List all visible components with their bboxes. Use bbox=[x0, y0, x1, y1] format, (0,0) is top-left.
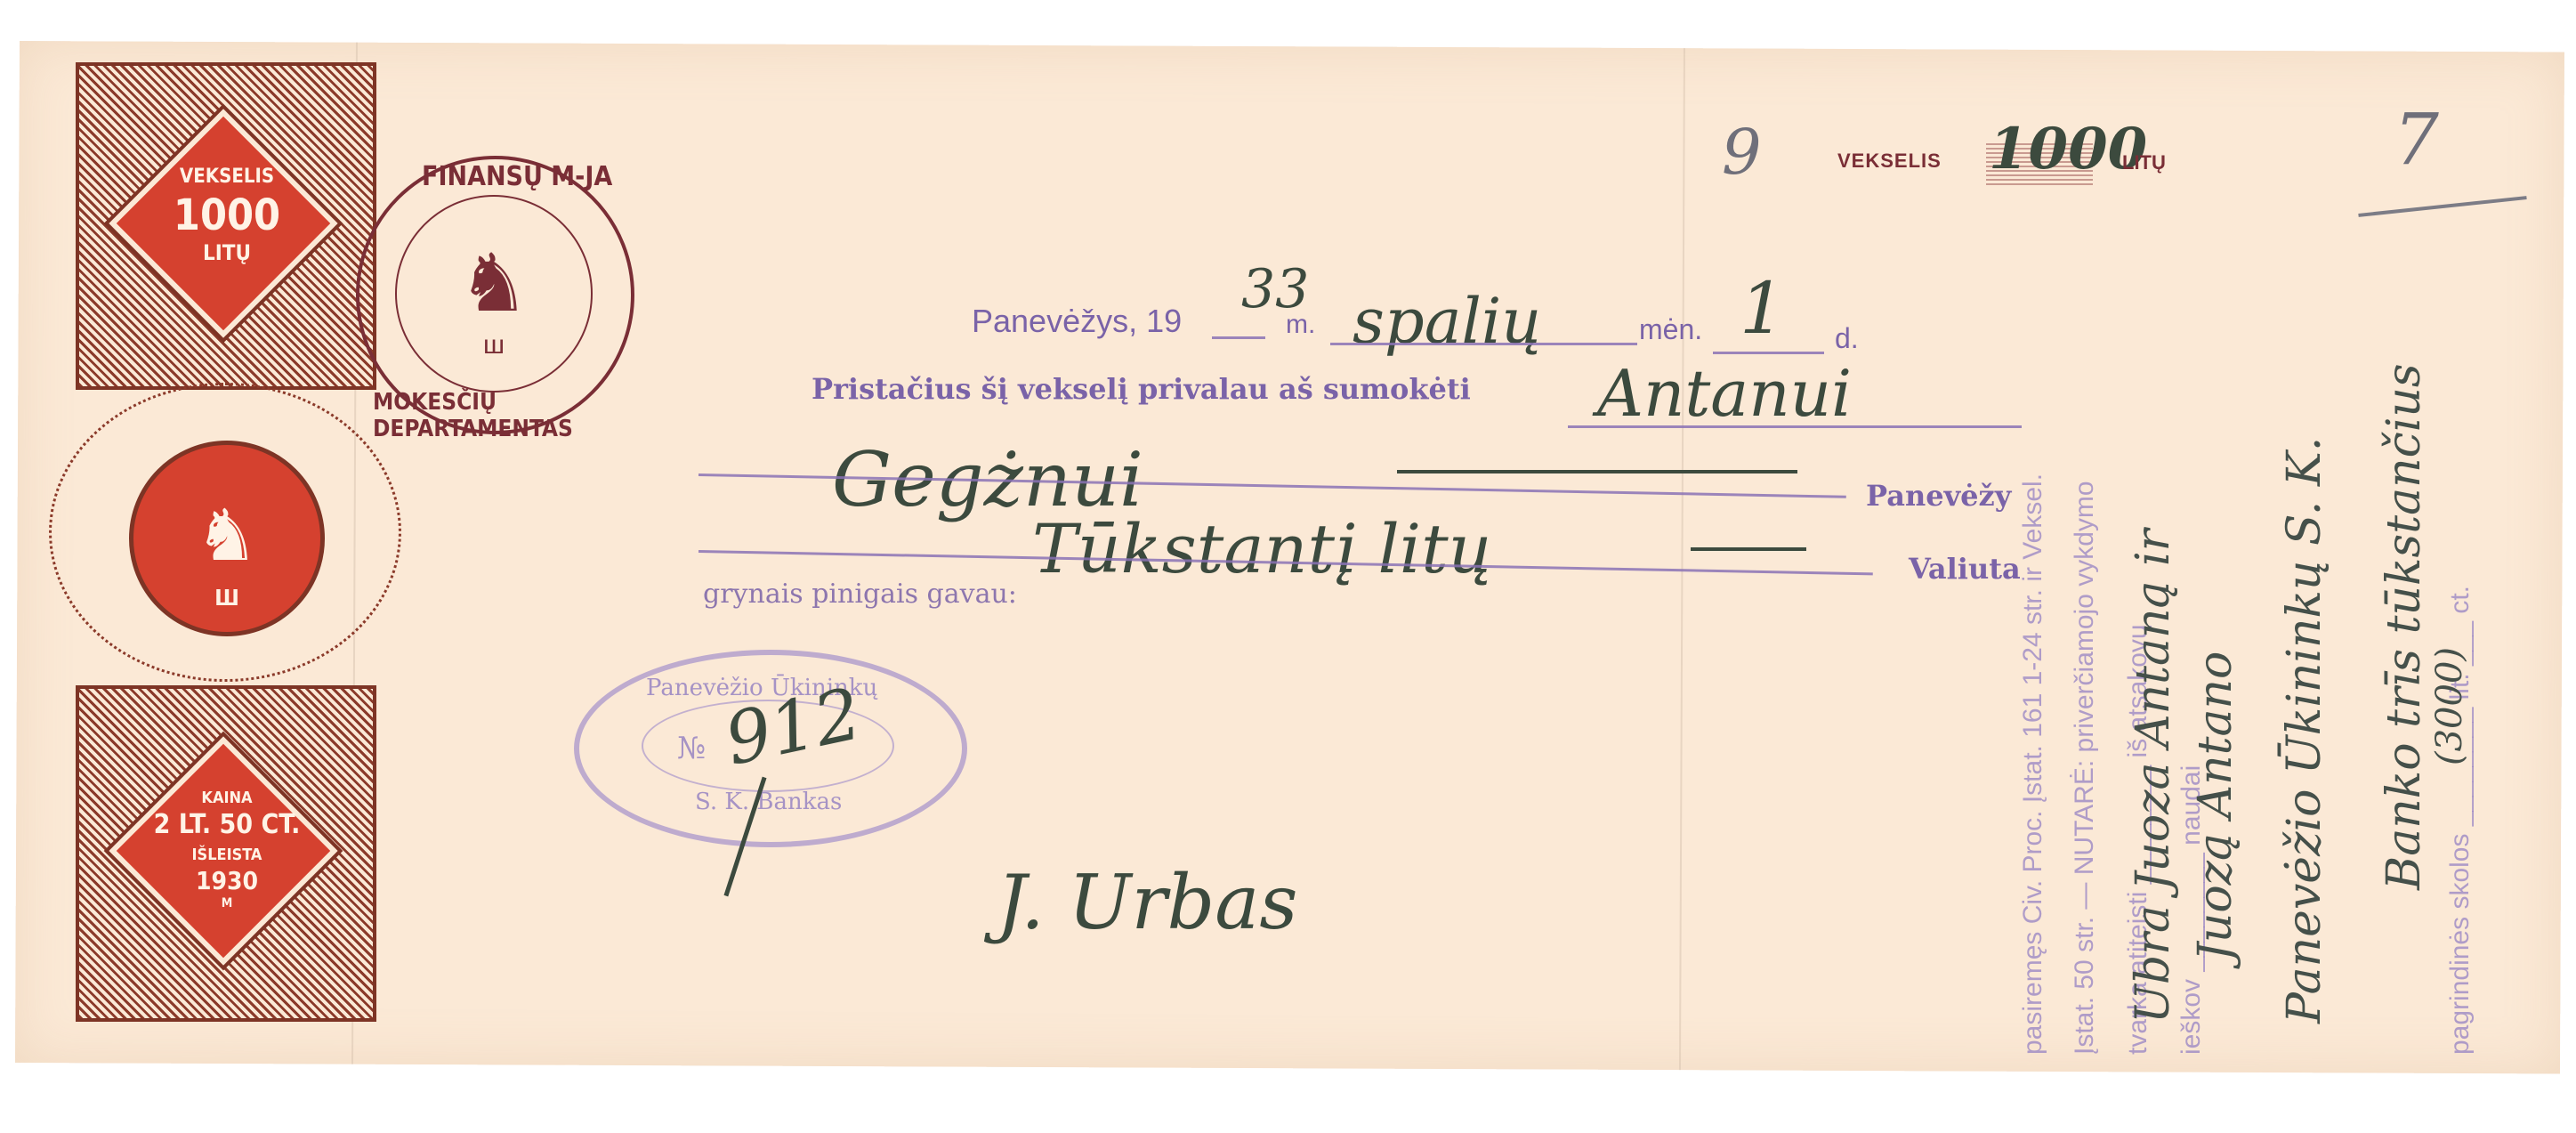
court-note-line-1: pasiremęs Civ. Proc. Įstat. 161 1-24 str… bbox=[2018, 473, 2048, 1055]
year-rule bbox=[1212, 336, 1265, 339]
amount-in-words: Tūkstantį litų bbox=[1032, 509, 1492, 588]
received-cash-text: grynais pinigais gavau: bbox=[703, 579, 1017, 610]
signature: J. Urbas bbox=[997, 859, 1297, 946]
header-currency: LITŲ bbox=[2122, 151, 2166, 174]
year-suffix: m. bbox=[1286, 310, 1315, 340]
stamp-currency: LITŲ bbox=[142, 242, 311, 263]
court-handwritten-line-5: (3000) bbox=[2429, 647, 2470, 765]
stamp-issued-year: 1930 bbox=[142, 869, 311, 894]
payee-rule bbox=[1568, 425, 2022, 428]
paper-fold-line bbox=[1679, 48, 1685, 1070]
court-handwritten-line-4: Banko trīs tūkstančius bbox=[2378, 363, 2431, 890]
header-label-vekselis: VEKSELIS bbox=[1837, 150, 1942, 173]
stamp-price-label: KAINA bbox=[142, 790, 311, 806]
ink-strike-line bbox=[1691, 547, 1806, 551]
currency-label: Valiuta bbox=[1909, 552, 2021, 586]
finance-ministry-seal: ♞ ш FINANSŲ M-JA MOKESČIŲ DEPARTAMENTAS bbox=[356, 156, 634, 434]
court-note-line-2: Įstat. 50 str. — NUTARĖ: priverčiamojo v… bbox=[2070, 481, 2100, 1055]
knight-icon: ♞ bbox=[397, 237, 591, 330]
ink-strike-line bbox=[1397, 470, 1797, 473]
place-printed: Panevėžys, 19 bbox=[972, 303, 1182, 340]
stamp-price: 2 LT. 50 CT. bbox=[133, 812, 320, 838]
stamp-issued-suffix: M bbox=[142, 897, 311, 910]
stamp-label-vekselis: VEKSELIS bbox=[142, 167, 311, 187]
gediminas-columns-icon: ш bbox=[397, 330, 591, 360]
court-handwritten-line-2: Juozą Antano bbox=[2189, 651, 2242, 961]
revenue-stamp-strip: VEKSELIS 1000 LITŲ ♞ ш KAINA 2 LT. 50 CT… bbox=[58, 62, 396, 1024]
oval-number-label: № bbox=[677, 731, 706, 766]
month-label: mėn. bbox=[1639, 313, 1702, 346]
seal-top-text: FINANSŲ M-JA bbox=[422, 161, 612, 192]
court-handwritten-line-1: Ubra Juoza Antaną ir bbox=[2127, 529, 2180, 1024]
day-handwritten: 1 bbox=[1740, 267, 1785, 350]
seal-inner-ring: ♞ ш bbox=[395, 195, 593, 393]
month-handwritten: spalių bbox=[1353, 285, 1541, 358]
court-handwritten-line-3: Panevėžio Ūkininkų S. K. bbox=[2278, 437, 2331, 1024]
vytis-emblem: ♞ ш bbox=[129, 441, 325, 636]
pencil-number-left: 9 bbox=[1722, 116, 1762, 189]
knight-icon: ♞ bbox=[133, 494, 320, 577]
gediminas-columns-icon: ш bbox=[133, 579, 320, 613]
day-rule bbox=[1713, 352, 1824, 354]
payee-first-name: Antanui bbox=[1597, 356, 1852, 431]
oval-bottom-text: S. K. Bankas bbox=[695, 789, 842, 815]
stamp-value: 1000 bbox=[142, 194, 311, 237]
promise-to-pay-text: Pristačius šį vekselį privalau aš sumokė… bbox=[812, 372, 1471, 406]
place-label: Panevėžy bbox=[1866, 479, 2011, 513]
stamp-issued-label: IŠLEISTA bbox=[142, 847, 311, 863]
day-label: d. bbox=[1835, 322, 1859, 355]
month-rule bbox=[1330, 343, 1637, 345]
seal-bottom-text: MOKESČIŲ DEPARTAMENTAS bbox=[373, 389, 631, 442]
pencil-number-right: 7 bbox=[2394, 98, 2439, 181]
